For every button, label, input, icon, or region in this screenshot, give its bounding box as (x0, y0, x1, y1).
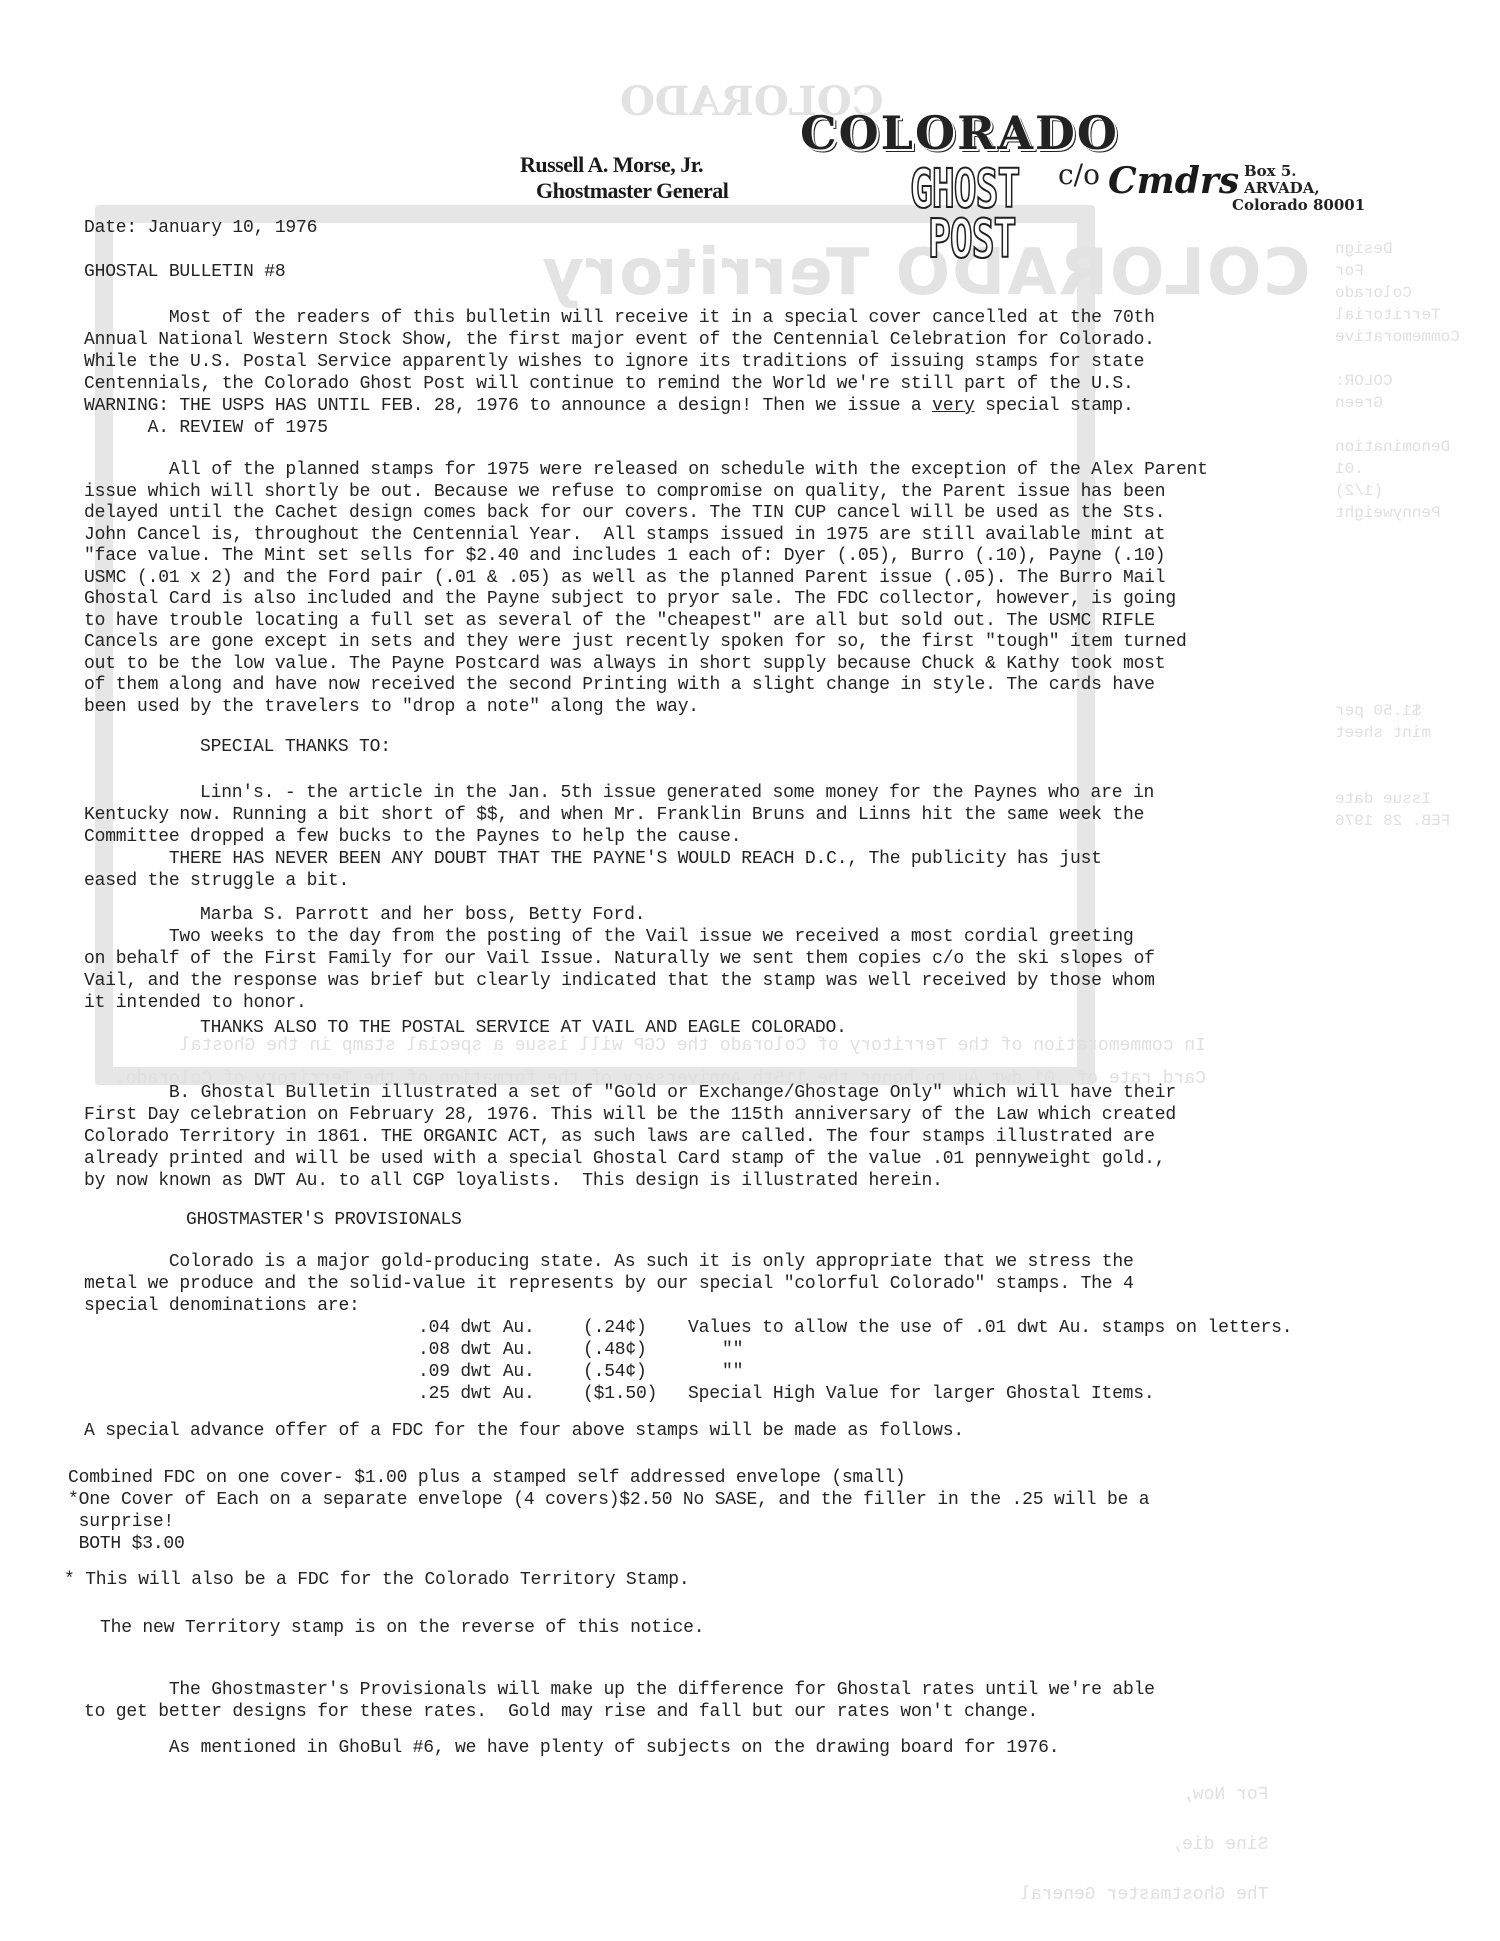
bulletin-date: Date: January 10, 1976 (84, 218, 317, 239)
linns-line: Linn's. - the article in the Jan. 5th is… (200, 783, 1154, 804)
care-of-name: Cmdrs (1108, 160, 1239, 202)
denomination-price: (.54¢) (583, 1362, 647, 1383)
warning-text-end: special stamp. (975, 396, 1134, 416)
bleed-through-side-notes: Design For Colorado Territorial Commemor… (1335, 238, 1460, 832)
final-line: As mentioned in GhoBul #6, we have plent… (84, 1738, 1059, 1759)
bleed-through-signature: For Now, Sine die, The Ghostmaster Gener… (1020, 1770, 1268, 1920)
linns-line: Committee dropped a few bucks to the Pay… (84, 827, 741, 848)
letterhead-sender: Russell A. Morse, Jr. Ghostmaster Genera… (520, 152, 728, 204)
address-line: Colorado 80001 (1232, 197, 1365, 214)
sender-title: Ghostmaster General (520, 178, 728, 204)
provisionals-heading: GHOSTMASTER'S PROVISIONALS (186, 1210, 462, 1231)
section-b-line: Colorado Territory in 1861. THE ORGANIC … (84, 1127, 1155, 1148)
linns-line: eased the struggle a bit. (84, 871, 349, 892)
review-line: delayed until the Cachet design comes ba… (84, 503, 1165, 524)
provisionals-line: Colorado is a major gold-producing state… (84, 1252, 1134, 1273)
review-line: USMC (.01 x 2) and the Ford pair (.01 & … (84, 568, 1165, 589)
denomination-price: (.48¢) (583, 1340, 647, 1361)
denomination-note: "" (722, 1362, 743, 1383)
offer-line: BOTH $3.00 (68, 1534, 185, 1555)
denomination-price: ($1.50) (583, 1384, 657, 1405)
denomination-note: "" (722, 1340, 743, 1361)
intro-line: Centennials, the Colorado Ghost Post wil… (84, 374, 1134, 395)
ford-line: Marba S. Parrott and her boss, Betty For… (200, 905, 645, 926)
closing-line: to get better designs for these rates. G… (84, 1702, 1038, 1723)
section-b-line: already printed and will be used with a … (84, 1149, 1165, 1170)
offer-line: surprise! (68, 1512, 174, 1533)
review-line: been used by the travelers to "drop a no… (84, 697, 699, 718)
section-a-heading: A. REVIEW of 1975 (84, 418, 328, 439)
ford-line: it intended to honor. (84, 993, 307, 1014)
ford-line: Two weeks to the day from the posting of… (84, 927, 1134, 948)
intro-line: While the U.S. Postal Service apparently… (84, 352, 1144, 373)
thanks-postal-service: THANKS ALSO TO THE POSTAL SERVICE AT VAI… (200, 1018, 847, 1039)
underlined-word: very (932, 396, 974, 416)
ford-line: on behalf of the First Family for our Va… (84, 949, 1155, 970)
offer-line: Combined FDC on one cover- $1.00 plus a … (68, 1468, 906, 1489)
bulletin-title: GHOSTAL BULLETIN #8 (84, 262, 285, 283)
section-b-line: First Day celebration on February 28, 19… (84, 1105, 1176, 1126)
denomination-note: Values to allow the use of .01 dwt Au. s… (688, 1318, 1292, 1339)
review-line: of them along and have now received the … (84, 675, 1155, 696)
ford-line: Vail, and the response was brief but cle… (84, 971, 1155, 992)
denomination-weight: .08 dwt Au. (418, 1340, 535, 1361)
reverse-note: The new Territory stamp is on the revers… (100, 1618, 704, 1639)
provisionals-line: metal we produce and the solid-value it … (84, 1274, 1134, 1295)
sender-name: Russell A. Morse, Jr. (520, 152, 703, 177)
closing-line: The Ghostmaster's Provisionals will make… (84, 1680, 1155, 1701)
linns-line: THERE HAS NEVER BEEN ANY DOUBT THAT THE … (84, 849, 1102, 870)
review-line: issue which will shortly be out. Because… (84, 482, 1165, 503)
offer-line: *One Cover of Each on a separate envelop… (68, 1490, 1149, 1511)
offer-footnote: * This will also be a FDC for the Colora… (64, 1570, 690, 1591)
offer-intro: A special advance offer of a FDC for the… (84, 1421, 964, 1442)
review-line: out to be the low value. The Payne Postc… (84, 654, 1165, 675)
special-thanks-heading: SPECIAL THANKS TO: (200, 737, 391, 758)
review-line: to have trouble locating a full set as s… (84, 611, 1155, 632)
document-page: COLORADO Territory COLORADO Design For C… (0, 0, 1500, 1941)
review-line: John Cancel is, throughout the Centennia… (84, 525, 1165, 546)
warning-text: WARNING: THE USPS HAS UNTIL FEB. 28, 197… (84, 396, 932, 416)
letterhead-address: Box 5. ARVADA, Colorado 80001 (1232, 163, 1365, 214)
denomination-price: (.24¢) (583, 1318, 647, 1339)
section-b-line: B. Ghostal Bulletin illustrated a set of… (84, 1083, 1176, 1104)
intro-line: Annual National Western Stock Show, the … (84, 330, 1155, 351)
denomination-weight: .25 dwt Au. (418, 1384, 535, 1405)
bleed-through-title: COLORADO Territory (540, 236, 1310, 310)
intro-warning-line: WARNING: THE USPS HAS UNTIL FEB. 28, 197… (84, 396, 1134, 417)
letterhead-logo-post: POST (928, 208, 1016, 270)
letterhead-logo-colorado: COLORADO (800, 106, 1119, 160)
review-line: All of the planned stamps for 1975 were … (84, 460, 1208, 481)
denomination-weight: .09 dwt Au. (418, 1362, 535, 1383)
review-line: Cancels are gone except in sets and they… (84, 632, 1187, 653)
denomination-note: Special High Value for larger Ghostal It… (688, 1384, 1154, 1405)
section-b-line: by now known as DWT Au. to all CGP loyal… (84, 1171, 943, 1192)
review-line: "face value. The Mint set sells for $2.4… (84, 546, 1165, 567)
denomination-weight: .04 dwt Au. (418, 1318, 535, 1339)
care-of-symbol: c/o (1058, 158, 1100, 191)
review-line: Ghostal Card is also included and the Pa… (84, 589, 1176, 610)
provisionals-line: special denominations are: (84, 1296, 360, 1317)
linns-line: Kentucky now. Running a bit short of $$,… (84, 805, 1144, 826)
address-line: Box 5. (1232, 163, 1365, 180)
intro-line: Most of the readers of this bulletin wil… (84, 308, 1155, 329)
address-line: ARVADA, (1232, 180, 1365, 197)
